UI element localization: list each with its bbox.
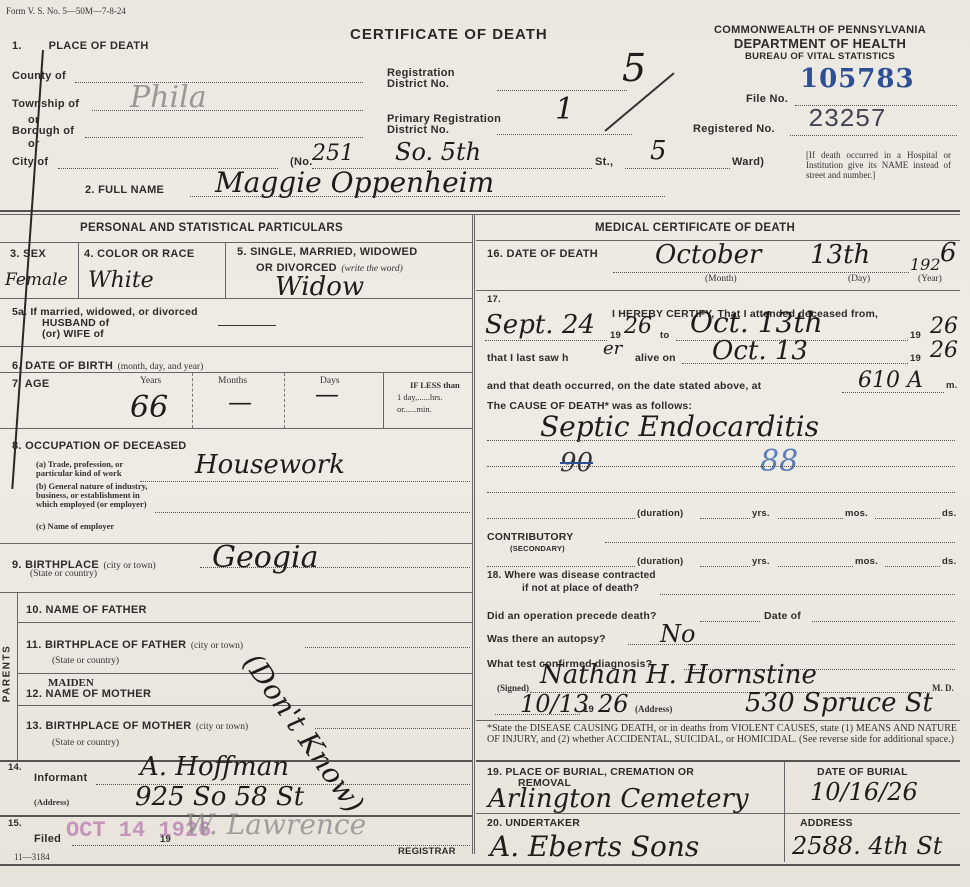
full-name-value: Maggie Oppenheim [215,166,494,199]
form-code: 11—3184 [14,852,50,862]
date-of-label: Date of [764,610,801,622]
last-saw-pronoun: er [603,338,622,359]
mother-birthplace-label: 13. BIRTHPLACE OF MOTHER [26,720,192,732]
divider [0,298,472,299]
file-number-stamp: 105783 [800,64,915,94]
color-race-value: White [88,268,154,293]
father-state-hint: (State or country) [52,656,119,666]
duration-lead [487,518,635,519]
death-time-value: 610 A [858,368,923,393]
mother-name-label: 12. NAME OF MOTHER [26,688,151,700]
duration2-label: (duration) [637,556,683,567]
attended-from-field [485,340,607,341]
occupation-b-label: (b) General nature of industry, business… [36,482,154,509]
occupation-b-field [155,512,470,513]
last-saw-year: 26 [930,338,958,363]
day-label: (Day) [848,274,870,284]
month-label: (Month) [705,274,737,284]
undertaker-address-label: ADDRESS [800,817,853,829]
dob-hint: (month, day, and year) [118,362,204,372]
contracted-field [660,594,955,595]
father-birthplace-hint: (city or town) [191,641,243,651]
divider [225,243,226,298]
operation-field [700,621,760,622]
registrar-signature: W. Lawrence [185,808,366,841]
undertaker-label: 20. UNDERTAKER [487,817,580,829]
yrs-label: yrs. [752,508,770,519]
ward-value: 5 [650,136,667,166]
divider [476,813,960,814]
cause-code-struck: 90 [560,448,593,478]
cause-of-death-value: Septic Endocarditis [540,410,819,443]
divider [78,243,79,298]
agency-line-1: COMMONWEALTH OF PENNSYLVANIA [690,24,950,36]
divider [476,290,960,291]
spouse-wife-label: (or) WIFE of [42,328,104,340]
if-less-label: IF LESS than [410,380,460,390]
registered-no-value: 23257 [808,104,886,134]
registration-district-label: Registration District No. [387,68,455,90]
informant-number: 14. [8,762,22,773]
father-birthplace-label: 11. BIRTHPLACE OF FATHER [26,639,186,651]
borough-label: Borough of [12,125,74,137]
registration-district-field [497,90,627,91]
informant-address-label: (Address) [34,797,69,807]
divider [284,373,285,428]
page-title: CERTIFICATE OF DEATH [350,26,548,43]
mos-label: mos. [845,508,868,519]
agency-block: COMMONWEALTH OF PENNSYLVANIA DEPARTMENT … [690,24,950,62]
divider [0,210,960,212]
yrs2-label: yrs. [752,556,770,567]
burial-date-value: 10/16/26 [810,778,918,806]
duration-label: (duration) [637,508,683,519]
spouse-value-dash [218,325,276,326]
last-saw-year-prefix: 19 [910,353,921,364]
township-scribble: Phila [130,80,207,115]
parents-side-label: PARENTS [1,645,12,703]
age-months-value: — [228,388,252,416]
divider [192,373,193,428]
divider [0,242,472,243]
last-saw-field [682,363,908,364]
file-no-label: File No. [746,93,788,105]
contracted-label: 18. Where was disease contracted [487,570,656,581]
autopsy-label: Was there an autopsy? [487,633,606,645]
physician-signature: Nathan H. Hornstine [540,660,817,690]
or-label-2: or [28,138,40,150]
footnote: *State the DISEASE CAUSING DEATH, or in … [487,723,957,745]
age-days-value: — [315,380,339,408]
registered-no-label: Registered No. [693,123,775,135]
one-day-label: 1 day,......hrs. [397,392,442,402]
burial-date-label: DATE OF BURIAL [817,766,908,778]
st-label: St., [595,156,613,168]
father-birthplace-row: 11. BIRTHPLACE OF FATHER (city or town) [26,635,243,653]
divider [0,428,472,429]
primary-district-value: 1 [555,92,574,127]
cause-code: 88 [760,444,798,479]
hospital-note: [If death occurred in a Hospital or Inst… [806,150,951,180]
city-label: City of [12,156,48,168]
street-no-value: 251 [312,141,354,166]
occupation-label: 8. OCCUPATION OF DECEASED [12,440,187,452]
death-day-value: 13th [810,240,870,270]
divider [383,373,384,428]
secondary-label: (SECONDARY) [510,544,565,553]
months-label: Months [218,376,247,386]
father-name-label: 10. NAME OF FATHER [26,604,147,616]
death-year-suffix: 6 [940,238,957,268]
md-label: M. D. [932,683,954,693]
contributory-label: CONTRIBUTORY [487,531,573,543]
divider [0,864,960,866]
duration2-years-field [700,566,750,567]
marital-label: 5. SINGLE, MARRIED, WIDOWED [237,246,417,258]
ward-label: Ward) [732,156,764,168]
signed-date-value: 10/13 [520,690,589,718]
divider [17,705,472,706]
divider [476,720,960,721]
birthplace-state-hint: (State or country) [30,569,97,579]
divider [17,592,18,762]
street-value: So. 5th [395,138,481,166]
divider [17,622,472,623]
registration-district-value: 5 [622,46,646,90]
death-occurred-label: and that death occurred, on the date sta… [487,380,761,392]
to-label: to [660,330,669,341]
physician-address-label: (Address) [635,704,672,714]
duration2-lead [487,566,635,567]
informant-value: A. Hoffman [140,752,289,782]
or-min-label: or......min. [397,404,432,414]
attended-to-year: 26 [930,314,958,339]
alive-on-label: alive on [635,352,676,364]
column-divider [472,214,475,854]
ward-field [625,168,730,169]
undertaker-address-value: 2588. 4th St [792,832,942,860]
mother-birthplace-field [315,728,470,729]
duration-years-field [700,518,750,519]
signed-year: 26 [598,690,629,718]
occupation-a-label: (a) Trade, profession, or particular kin… [36,460,156,478]
years-label: Years [140,376,161,386]
last-saw-date: Oct. 13 [712,336,808,366]
birthplace-city-hint: (city or town) [103,561,155,571]
county-field [75,82,363,83]
divider [0,592,472,593]
mother-birthplace-row: 13. BIRTHPLACE OF MOTHER (city or town) [26,716,248,734]
filed-year-prefix: 19 [160,834,171,845]
duration-months-field [778,518,843,519]
certify-number: 17. [487,294,501,305]
attended-to-year-prefix: 19 [910,330,921,341]
burial-place-value: Arlington Cemetery [488,784,749,814]
registered-no-field [790,135,957,136]
sex-value: Female [5,270,68,290]
color-race-label: 4. COLOR OR RACE [84,248,195,260]
ds2-label: ds. [942,556,956,567]
attended-from-value: Sept. 24 [485,310,595,340]
death-certificate: Form V. S. No. 5—50M—7-8-24 CERTIFICATE … [0,0,970,887]
divider [0,214,960,215]
township-label: Township of [12,98,79,110]
registrar-label: REGISTRAR [398,846,456,857]
divider [0,346,472,347]
attended-from-year: 26 [624,314,652,339]
operation-date-field [812,621,955,622]
date-of-death-label: 16. DATE OF DEATH [487,248,598,260]
personal-section-header: PERSONAL AND STATISTICAL PARTICULARS [80,222,343,234]
divider [0,372,472,373]
death-month-value: October [655,240,761,270]
filed-number: 15. [8,818,22,829]
physician-address-value: 530 Spruce St [745,688,933,718]
dob-label: 6. DATE OF BIRTH [12,360,113,372]
form-id: Form V. S. No. 5—50M—7-8-24 [6,6,126,16]
undertaker-value: A. Eberts Sons [490,830,699,863]
operation-label: Did an operation precede death? [487,610,657,622]
divider [476,760,960,762]
borough-field [85,137,363,138]
duration2-months-field [778,566,853,567]
place-of-death-label: 1. PLACE OF DEATH [12,40,149,52]
father-birthplace-field [305,647,470,648]
medical-section-header: MEDICAL CERTIFICATE OF DEATH [595,222,795,234]
primary-district-field [497,134,632,135]
divider [784,762,785,862]
filed-label: Filed [34,833,61,845]
full-name-label: 2. FULL NAME [85,184,164,196]
occupation-value: Housework [195,450,345,480]
ds-label: ds. [942,508,956,519]
cause-line-2 [487,466,955,467]
last-saw-label: that I last saw h [487,352,569,364]
signed-year-prefix: 19 [583,704,594,715]
contributory-field [605,542,955,543]
attended-to-value: Oct. 13th [690,306,823,339]
contracted-label-2: if not at place of death? [522,583,639,594]
age-years-value: 66 [130,390,168,425]
duration-days-field [875,518,940,519]
duration2-days-field [885,566,940,567]
cause-line-3 [487,492,955,493]
occupation-a-field [140,481,470,482]
agency-line-2: DEPARTMENT OF HEALTH [690,36,950,51]
mother-birthplace-hint: (city or town) [196,722,248,732]
year-label: (Year) [918,274,942,284]
autopsy-value: No [660,620,695,648]
mos2-label: mos. [855,556,878,567]
death-year-prefix: 192 [910,255,941,274]
primary-registration-district-label: Primary Registration District No. [387,114,501,136]
mother-state-hint: (State or country) [52,738,119,748]
occupation-c-label: (c) Name of employer [36,521,114,531]
cause-line-1 [487,440,955,441]
birthplace-value: Geogia [212,540,318,575]
death-date-field [613,272,909,273]
agency-line-3: BUREAU OF VITAL STATISTICS [690,51,950,62]
informant-label: Informant [34,772,87,784]
m-label: m. [946,380,958,391]
